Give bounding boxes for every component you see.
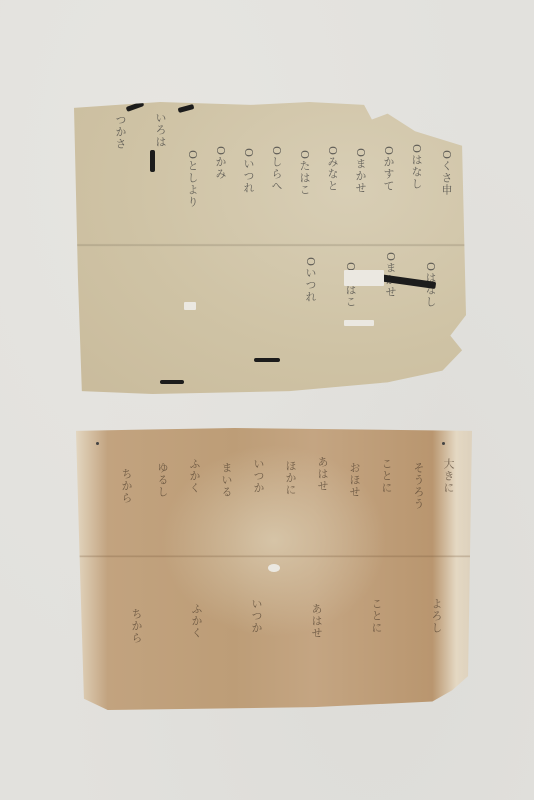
handwritten-column: 大きに <box>442 458 454 494</box>
handwritten-column: ほかに <box>284 460 296 496</box>
handwritten-column: ふかく <box>190 603 202 639</box>
paper-tear <box>344 320 374 326</box>
handwritten-column: Oいつれ <box>304 257 316 303</box>
handwritten-column: ことに <box>370 598 382 634</box>
handwritten-column: ちから <box>120 468 132 504</box>
handwritten-column: ゆるし <box>156 462 168 498</box>
handwritten-column: Oくさ申 <box>440 150 452 196</box>
ink-blot <box>126 101 145 112</box>
paper-hole <box>268 564 280 572</box>
handwritten-column: Oまかせ <box>354 148 366 194</box>
paper-tear <box>184 302 196 310</box>
handwritten-column: そうろう <box>412 462 424 510</box>
handwritten-column: いつか <box>252 458 264 494</box>
ink-blot <box>150 150 155 172</box>
handwritten-column: Oかみ <box>214 146 226 180</box>
ink-blot <box>178 104 195 113</box>
handwritten-column: ちから <box>130 608 142 644</box>
pin-hole <box>96 442 99 445</box>
ink-blot <box>160 380 184 384</box>
handwritten-column: まいる <box>220 462 232 498</box>
handwritten-column: よろし <box>430 598 442 634</box>
handwritten-column: つかさ <box>114 114 126 150</box>
handwritten-column: おほせ <box>348 462 360 498</box>
handwritten-column: Oかすて <box>382 146 394 192</box>
handwritten-column: いろは <box>154 112 166 148</box>
handwritten-column: Oいつれ <box>242 148 254 194</box>
handwritten-column: Oはなし <box>410 144 422 190</box>
handwritten-column: あはせ <box>310 603 322 639</box>
handwritten-column: Oたはこ <box>298 150 310 196</box>
paper-tear <box>344 270 384 286</box>
handwritten-column: いつか <box>250 598 262 634</box>
pin-hole <box>442 442 445 445</box>
handwritten-column: Oみなと <box>326 146 338 192</box>
handwritten-column: Oとしより <box>186 150 198 208</box>
wall-background: Two old manuscript sheets on wall Oくさ申 O… <box>0 0 534 800</box>
lower-manuscript-sheet: 大きに そうろう ことに おほせ あはせ ほかに いつか まいる ふかく ゆるし… <box>76 428 472 710</box>
ink-blot <box>254 358 280 362</box>
handwritten-column: Oしらへ <box>270 146 282 192</box>
handwritten-column: あはせ <box>316 456 328 492</box>
upper-manuscript-sheet: Oくさ申 Oはなし Oかすて Oまかせ Oみなと Oたはこ Oしらへ Oいつれ … <box>74 102 466 394</box>
handwritten-column: ことに <box>380 458 392 494</box>
handwritten-column: ふかく <box>188 458 200 494</box>
